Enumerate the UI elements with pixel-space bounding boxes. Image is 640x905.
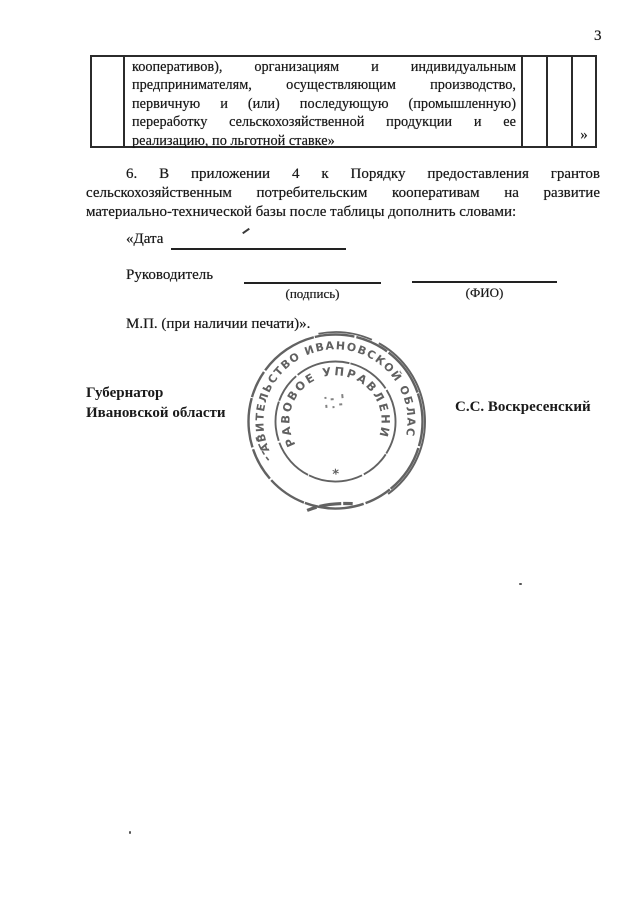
signer-position-line2: Ивановской области [86, 404, 226, 424]
stamp-separator-star: * [332, 467, 341, 483]
amendment-table: кооперативов), организациям и индивидуал… [90, 55, 597, 148]
signer-position-line1: Губернатор [86, 384, 226, 404]
paragraph-line: сельскохозяйственным потребительским коо… [86, 184, 600, 203]
paragraph-6: 6. В приложении 4 к Порядку предоставлен… [86, 165, 600, 221]
stray-pen-tick [242, 228, 250, 234]
page-number: 3 [594, 28, 602, 45]
date-label: «Дата [126, 231, 163, 248]
signer-position: Губернатор Ивановской области [86, 384, 226, 423]
date-blank-line [171, 248, 346, 250]
document-page: 3 кооперативов), организациям и индивиду… [0, 0, 640, 905]
head-label: Руководитель [126, 267, 213, 284]
table-cell-closing: » [573, 57, 595, 146]
table-cell-text: кооперативов), организациям и индивидуал… [125, 57, 523, 146]
official-round-stamp: ПРАВИТЕЛЬСТВО ИВАНОВСКОЙ ОБЛАСТИ ПРАВОВО… [243, 329, 428, 514]
stamp-center-marks [324, 394, 344, 409]
paragraph-line: материально-технической базы после табли… [86, 203, 600, 222]
signature-caption: (подпись) [244, 286, 381, 302]
table-text-line: кооперативов), организациям и индивидуал… [132, 58, 516, 76]
table-text-line: первичную и (или) последующую (промышлен… [132, 95, 516, 113]
table-text-line: реализацию, по льготной ставке» [132, 132, 516, 150]
scan-speck [129, 831, 131, 834]
table-cell-empty [523, 57, 548, 146]
signer-name: С.С. Воскресенский [455, 399, 591, 416]
stamp-seal-icon: ПРАВИТЕЛЬСТВО ИВАНОВСКОЙ ОБЛАСТИ ПРАВОВО… [243, 329, 428, 514]
paragraph-line: 6. В приложении 4 к Порядку предоставлен… [86, 165, 600, 184]
signature-blank-line [244, 282, 381, 284]
table-text-line: переработку сельскохозяйственной продукц… [132, 113, 516, 131]
closing-quote-mark: » [573, 127, 595, 144]
name-blank-line [412, 281, 557, 283]
table-cell-empty [548, 57, 573, 146]
table-text-line: предпринимателям, осуществляющим произво… [132, 76, 516, 94]
table-cell-left-empty [92, 57, 125, 146]
name-caption: (ФИО) [412, 285, 557, 301]
scan-speck [519, 583, 522, 585]
